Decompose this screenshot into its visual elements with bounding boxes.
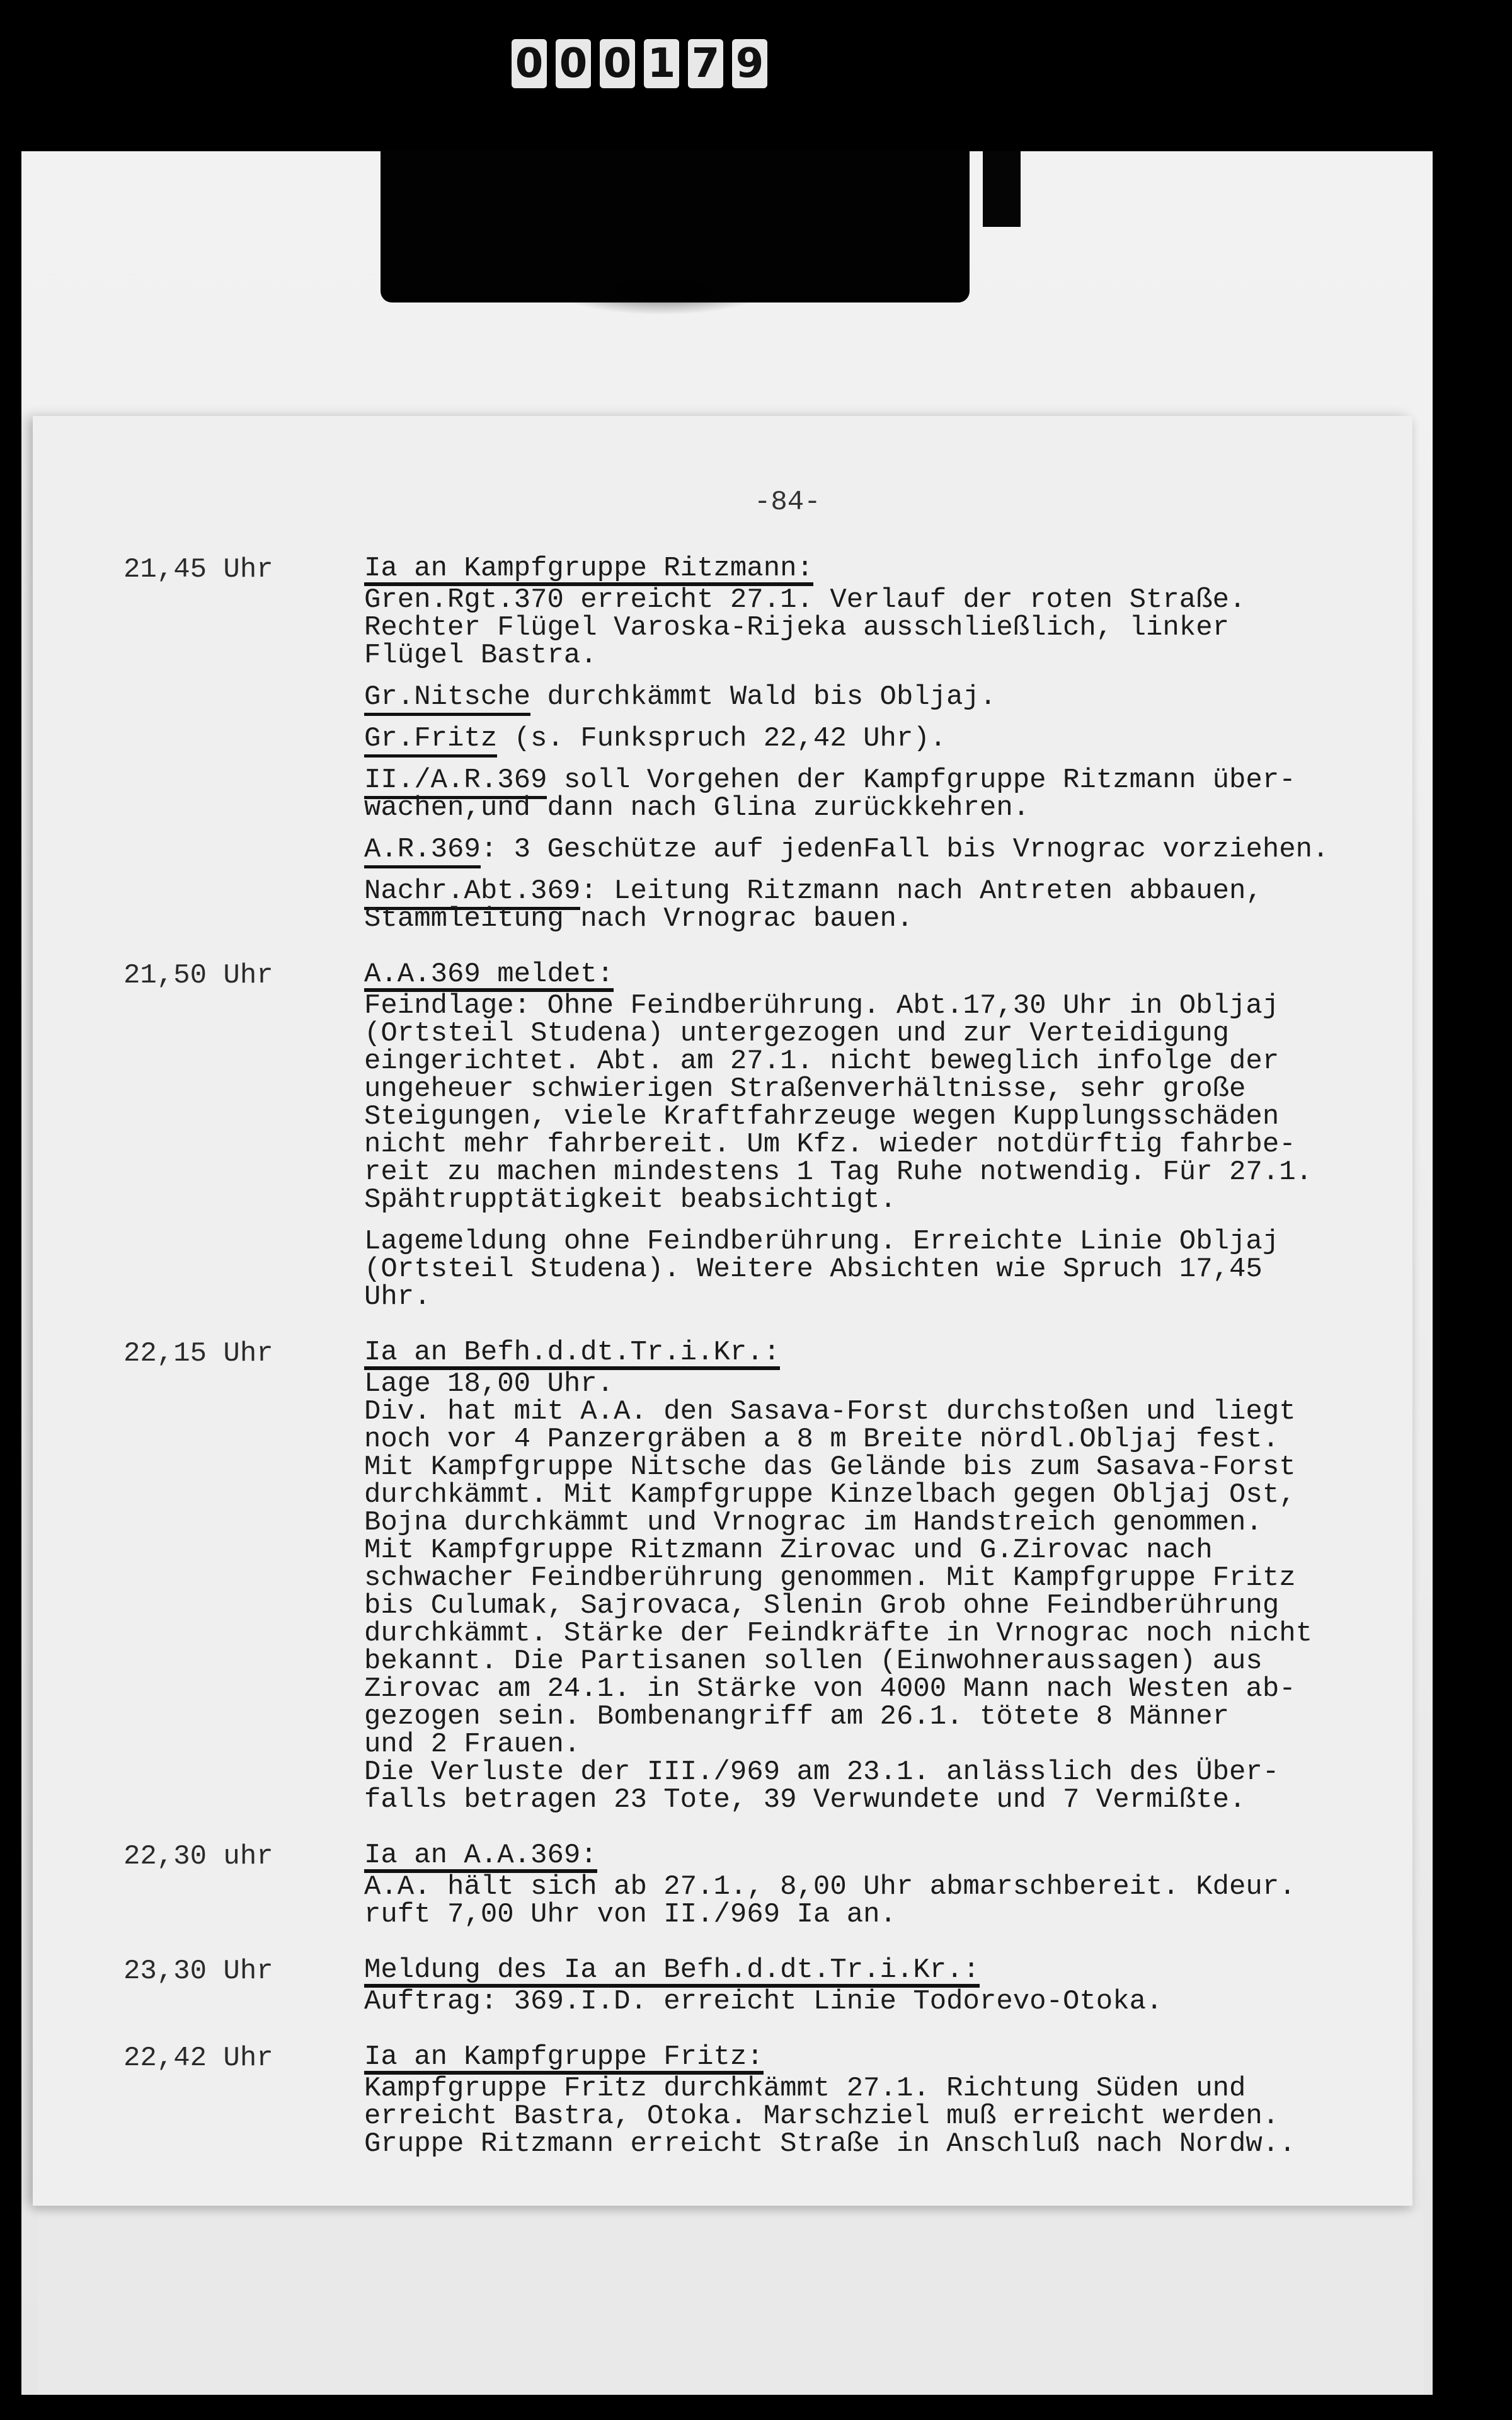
text-line: nicht mehr fahrbereit. Um Kfz. wieder no… xyxy=(364,1131,1371,1158)
text-line: A.A. hält sich ab 27.1., 8,00 Uhr abmars… xyxy=(364,1873,1371,1901)
log-entry: 22,42 UhrIa an Kampfgruppe Fritz:Kampfgr… xyxy=(123,2043,1371,2172)
entry-body: Ia an Befh.d.dt.Tr.i.Kr.:Lage 18,00 Uhr.… xyxy=(364,1339,1371,1828)
entry-paragraph: Lagemeldung ohne Feindberührung. Erreich… xyxy=(364,1228,1371,1311)
entry-body: Ia an Kampfgruppe Fritz:Kampfgruppe Frit… xyxy=(364,2043,1371,2172)
entry-time: 21,45 Uhr xyxy=(123,555,364,947)
text-line: ungeheuer schwierigen Straßenverhältniss… xyxy=(364,1075,1371,1103)
unit-label: Gr.Nitsche xyxy=(364,681,530,716)
text-line: eingerichtet. Abt. am 27.1. nicht bewegl… xyxy=(364,1047,1371,1075)
text-line: und 2 Frauen. xyxy=(364,1731,1371,1758)
text-line: schwacher Feindberührung genommen. Mit K… xyxy=(364,1564,1371,1592)
text-line: II./A.R.369 soll Vorgehen der Kampfgrupp… xyxy=(364,766,1371,794)
text-line: Flügel Bastra. xyxy=(364,642,1371,669)
text-line: Gr.Nitsche durchkämmt Wald bis Obljaj. xyxy=(364,683,1371,711)
text-line: noch vor 4 Panzergräben a 8 m Breite nör… xyxy=(364,1426,1371,1453)
entry-paragraph: Gr.Nitsche durchkämmt Wald bis Obljaj. xyxy=(364,683,1371,711)
unit-label: A.R.369 xyxy=(364,834,481,868)
text-line: ruft 7,00 Uhr von II./969 Ia an. xyxy=(364,1901,1371,1928)
text-run: (s. Funkspruch 22,42 Uhr). xyxy=(497,723,946,754)
text-line: Bojna durchkämmt und Vrnograc im Handstr… xyxy=(364,1509,1371,1536)
entry-heading: Meldung des Ia an Befh.d.dt.Tr.i.Kr.: xyxy=(364,1956,980,1988)
text-line: Stammleitung nach Vrnograc bauen. xyxy=(364,905,1371,933)
entry-heading: Ia an Kampfgruppe Fritz: xyxy=(364,2043,764,2075)
entry-heading: Ia an Kampfgruppe Ritzmann: xyxy=(364,555,813,586)
entry-paragraph: Gr.Fritz (s. Funkspruch 22,42 Uhr). xyxy=(364,725,1371,752)
text-line: gezogen sein. Bombenangriff am 26.1. töt… xyxy=(364,1703,1371,1731)
entry-paragraph: Auftrag: 369.I.D. erreicht Linie Todorev… xyxy=(364,1988,1371,2015)
unit-label: Gr.Fritz xyxy=(364,723,497,758)
text-line: (Ortsteil Studena). Weitere Absichten wi… xyxy=(364,1255,1371,1283)
text-run: : Leitung Ritzmann nach Antreten abbauen… xyxy=(580,875,1263,907)
text-line: Uhr. xyxy=(364,1283,1371,1311)
entry-time: 22,42 Uhr xyxy=(123,2043,364,2172)
text-line: Zirovac am 24.1. in Stärke von 4000 Mann… xyxy=(364,1675,1371,1703)
log-entry: 22,30 uhrIa an A.A.369:A.A. hält sich ab… xyxy=(123,1841,1371,1942)
entry-paragraph: Feindlage: Ohne Feindberührung. Abt.17,3… xyxy=(364,992,1371,1214)
entry-paragraph: A.R.369: 3 Geschütze auf jedenFall bis V… xyxy=(364,836,1371,863)
binder-clip-tab xyxy=(983,151,1021,227)
entry-time: 22,15 Uhr xyxy=(123,1339,364,1828)
frame-digit: 7 xyxy=(688,39,723,88)
frame-digit: 0 xyxy=(512,39,547,88)
text-line: A.R.369: 3 Geschütze auf jedenFall bis V… xyxy=(364,836,1371,863)
text-line: Rechter Flügel Varoska-Rijeka ausschließ… xyxy=(364,614,1371,642)
entry-paragraph: Nachr.Abt.369: Leitung Ritzmann nach Ant… xyxy=(364,877,1371,933)
text-line: wachen,und dann nach Glina zurückkehren. xyxy=(364,794,1371,822)
frame-digit: 0 xyxy=(556,39,591,88)
entry-time: 23,30 Uhr xyxy=(123,1956,364,2029)
text-line: Spähtrupptätigkeit beabsichtigt. xyxy=(364,1186,1371,1214)
text-line: Feindlage: Ohne Feindberührung. Abt.17,3… xyxy=(364,992,1371,1020)
log-entry: 22,15 UhrIa an Befh.d.dt.Tr.i.Kr.:Lage 1… xyxy=(123,1339,1371,1828)
entry-paragraph: II./A.R.369 soll Vorgehen der Kampfgrupp… xyxy=(364,766,1371,822)
mount-bottom xyxy=(38,2212,1424,2395)
text-line: Lage 18,00 Uhr. xyxy=(364,1370,1371,1398)
entry-body: A.A.369 meldet:Feindlage: Ohne Feindberü… xyxy=(364,960,1371,1325)
entry-body: Ia an Kampfgruppe Ritzmann:Gren.Rgt.370 … xyxy=(364,555,1371,947)
clip-shadow xyxy=(554,265,769,315)
text-line: durchkämmt. Stärke der Feindkräfte in Vr… xyxy=(364,1620,1371,1647)
text-line: Gren.Rgt.370 erreicht 27.1. Verlauf der … xyxy=(364,586,1371,614)
entry-heading: Ia an A.A.369: xyxy=(364,1841,597,1873)
text-line: Mit Kampfgruppe Nitsche das Gelände bis … xyxy=(364,1453,1371,1481)
text-line: Kampfgruppe Fritz durchkämmt 27.1. Richt… xyxy=(364,2075,1371,2102)
entry-heading: Ia an Befh.d.dt.Tr.i.Kr.: xyxy=(364,1339,780,1370)
entry-body: Meldung des Ia an Befh.d.dt.Tr.i.Kr.:Auf… xyxy=(364,1956,1371,2029)
text-line: erreicht Bastra, Otoka. Marschziel muß e… xyxy=(364,2102,1371,2130)
text-line: Steigungen, viele Kraftfahrzeuge wegen K… xyxy=(364,1103,1371,1131)
text-line: bekannt. Die Partisanen sollen (Einwohne… xyxy=(364,1647,1371,1675)
text-line: durchkämmt. Mit Kampfgruppe Kinzelbach g… xyxy=(364,1481,1371,1509)
frame-number-stamp: 000179 xyxy=(512,39,767,88)
text-line: falls betragen 23 Tote, 39 Verwundete un… xyxy=(364,1786,1371,1814)
text-line: Nachr.Abt.369: Leitung Ritzmann nach Ant… xyxy=(364,877,1371,905)
frame-digit: 0 xyxy=(600,39,635,88)
text-line: Auftrag: 369.I.D. erreicht Linie Todorev… xyxy=(364,1988,1371,2015)
entry-paragraph: Kampfgruppe Fritz durchkämmt 27.1. Richt… xyxy=(364,2075,1371,2158)
entry-paragraph: Gren.Rgt.370 erreicht 27.1. Verlauf der … xyxy=(364,586,1371,669)
entry-paragraph: Lage 18,00 Uhr.Div. hat mit A.A. den Sas… xyxy=(364,1370,1371,1814)
text-line: Gr.Fritz (s. Funkspruch 22,42 Uhr). xyxy=(364,725,1371,752)
entry-time: 22,30 uhr xyxy=(123,1841,364,1942)
frame-digit: 9 xyxy=(732,39,767,88)
text-run: : 3 Geschütze auf jedenFall bis Vrnograc… xyxy=(481,834,1329,865)
log-entry: 23,30 UhrMeldung des Ia an Befh.d.dt.Tr.… xyxy=(123,1956,1371,2029)
entry-time: 21,50 Uhr xyxy=(123,960,364,1325)
log-entries: 21,45 UhrIa an Kampfgruppe Ritzmann:Gren… xyxy=(123,555,1371,2186)
text-line: Gruppe Ritzmann erreicht Straße in Ansch… xyxy=(364,2130,1371,2158)
text-run: durchkämmt Wald bis Obljaj. xyxy=(530,681,996,713)
document-page: -84- 21,45 UhrIa an Kampfgruppe Ritzmann… xyxy=(33,416,1412,2206)
text-line: bis Culumak, Sajrovaca, Slenin Grob ohne… xyxy=(364,1592,1371,1620)
log-entry: 21,50 UhrA.A.369 meldet:Feindlage: Ohne … xyxy=(123,960,1371,1325)
entry-body: Ia an A.A.369:A.A. hält sich ab 27.1., 8… xyxy=(364,1841,1371,1942)
text-line: Die Verluste der III./969 am 23.1. anläs… xyxy=(364,1758,1371,1786)
frame-digit: 1 xyxy=(644,39,679,88)
text-line: Div. hat mit A.A. den Sasava-Forst durch… xyxy=(364,1398,1371,1426)
entry-heading: A.A.369 meldet: xyxy=(364,960,614,992)
page-number: -84- xyxy=(754,487,821,518)
text-line: Mit Kampfgruppe Ritzmann Zirovac und G.Z… xyxy=(364,1536,1371,1564)
text-line: Lagemeldung ohne Feindberührung. Erreich… xyxy=(364,1228,1371,1255)
entry-paragraph: A.A. hält sich ab 27.1., 8,00 Uhr abmars… xyxy=(364,1873,1371,1928)
text-line: reit zu machen mindestens 1 Tag Ruhe not… xyxy=(364,1158,1371,1186)
text-run: soll Vorgehen der Kampfgruppe Ritzmann ü… xyxy=(547,764,1295,796)
text-line: (Ortsteil Studena) untergezogen und zur … xyxy=(364,1020,1371,1047)
log-entry: 21,45 UhrIa an Kampfgruppe Ritzmann:Gren… xyxy=(123,555,1371,947)
